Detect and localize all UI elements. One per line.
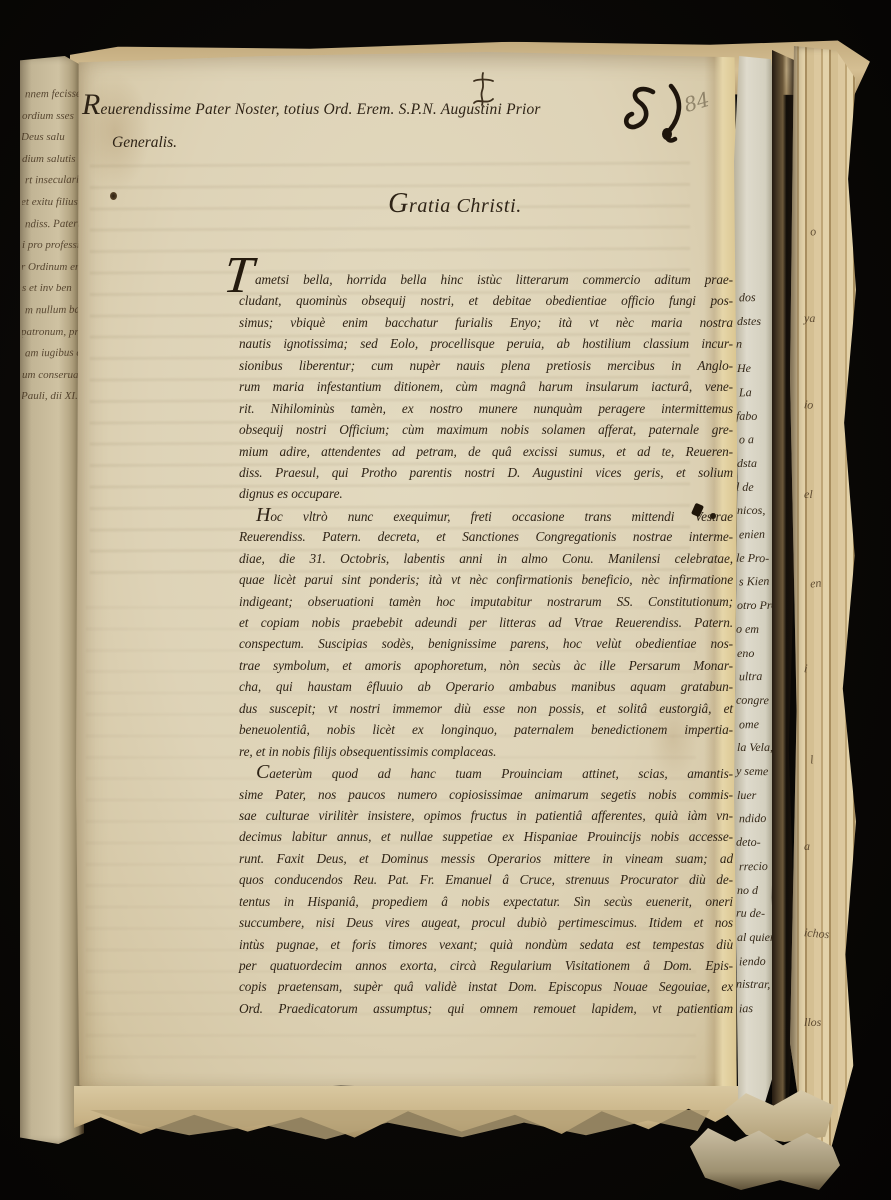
left-fragment: rt inseculari — [25, 170, 82, 192]
torn-bottom-flaps — [90, 1110, 710, 1152]
body-line: re, et in nobis filijs obsequentissimis … — [239, 741, 733, 762]
stack-letter: llos — [804, 978, 848, 1066]
left-fragment: s et inv ben — [22, 278, 82, 300]
right-fragment: fabo — [736, 404, 776, 428]
right-fragment: n — [736, 333, 776, 357]
body-line: diae, die 31. Octobris, labentis anni in… — [239, 548, 733, 569]
body-line: copis praetensam, supèr quâ validè insta… — [239, 976, 733, 997]
right-fragment: luer — [737, 784, 777, 808]
body-line: dignus es occupare. — [239, 483, 733, 504]
stack-scattered-letters: oyaioelenilaichosllos — [804, 186, 848, 1066]
left-fragment: m nullum ba — [25, 300, 82, 322]
body-line: per quatuordecim annos exorta, circà Reg… — [239, 955, 733, 976]
body-line: sime Pater, nos paucos numero copiosissi… — [239, 784, 733, 805]
left-fragment: r Ordinum en — [22, 257, 81, 279]
body-line: cludant, quominùs obsequij nostri, et de… — [239, 290, 733, 311]
body-line: trae symbolum, et amoris apophoretum, nò… — [239, 655, 733, 676]
protruding-page-text-fragments: dosdstesnHeLafaboo adstal denicos,enienl… — [737, 286, 777, 1021]
body-text: ametsi bella, horrida bella hinc istùc l… — [239, 269, 733, 1019]
left-fragment: ndiss. Patern — [25, 213, 82, 235]
body-line: sionibus liberentur; cum nupèr nauis ple… — [239, 355, 733, 376]
body-line: diss. Praesul, qui Protho parentis nostr… — [239, 462, 733, 483]
left-fragment: patronum, pra — [22, 322, 81, 344]
left-fragment: et exitu filius — [22, 192, 81, 214]
body-line: nautis ignotissima; sed Eolo, procellisq… — [239, 333, 733, 354]
body-line: succumbere, nisi Deus vires augeat, proc… — [239, 912, 733, 933]
body-line: rum maria infestantium ditionem, cùm mag… — [239, 376, 733, 397]
body-line: obsequij nostri Officium; cùm maximum no… — [239, 419, 733, 440]
stack-letter: i — [800, 624, 852, 716]
previous-page-text-fragments: nnem fecisseordium ssesDeus saludium sal… — [22, 84, 82, 424]
stack-letter: ichos — [800, 888, 852, 980]
body-line: simus; vbiquè enim bacchatur furialis En… — [239, 312, 733, 333]
manuscript-page: 84 Reuerendissime Pater Noster, totius O… — [76, 52, 738, 1094]
right-fragment: ru de- — [736, 902, 776, 926]
right-fragment: o em — [736, 617, 776, 641]
salutation-line-2: Generalis. — [112, 134, 177, 152]
body-line: Reuerendiss. Patern. decreta, et Sanctio… — [239, 526, 733, 547]
body-line: Hoc vltrò nunc exequimur, freti occasion… — [239, 505, 733, 526]
left-fragment: nnem fecisse — [25, 84, 82, 106]
right-fragment: otro Pro — [737, 594, 777, 618]
body-line: intùs pugnae, et foris timores vexant; q… — [239, 934, 733, 955]
body-line: conspectum. Suscipias sodès, benignissim… — [239, 633, 733, 654]
body-line: indigeant; obseruationi tamèn hoc imputa… — [239, 591, 733, 612]
right-fragment: y seme — [736, 760, 776, 784]
body-line: quos conducendos Reu. Pat. Fr. Emanuel â… — [239, 869, 733, 890]
body-line: cha, qui haustam êfluuio ab Operario amb… — [239, 676, 733, 697]
right-fragment: le Pro- — [736, 546, 776, 570]
ragged-page-stack: oyaioelenilaichosllos — [790, 46, 856, 1154]
right-fragment: eno — [737, 642, 777, 666]
left-fragment: Deus salu — [22, 127, 81, 149]
stack-letter: el — [804, 450, 848, 538]
right-fragment: nicos, — [737, 499, 777, 523]
stack-letter: l — [805, 711, 858, 803]
left-fragment: am iugibus a — [25, 343, 82, 365]
body-line: beneuolentiâ, nobis licèt ex longinquo, … — [239, 719, 733, 740]
stack-letter: ya — [804, 274, 848, 362]
body-line: Ord. Praedicatorum assumptus; qui omnem … — [239, 998, 733, 1019]
body-line: dus suscepit; vt nostri immemor diù esse… — [239, 698, 733, 719]
right-fragment: deto- — [736, 831, 776, 855]
left-fragment: Pauli, dii XI. — [22, 386, 81, 408]
body-line: quae licèt parui sint ponderis; ità vt n… — [239, 569, 733, 590]
right-fragment: la Vela, — [737, 736, 777, 760]
right-fragment: al quien — [737, 926, 777, 950]
right-fragment: congre — [736, 689, 776, 713]
left-fragment: ordium sses — [22, 106, 82, 128]
left-fragment: um conseruat — [22, 365, 82, 387]
letter-heading: Gratia Christi. — [76, 188, 738, 220]
body-line: Caeterùm quod ad hanc tuam Prouinciam at… — [239, 762, 733, 783]
body-line: runt. Faxit Deus, et Dominus messis Oper… — [239, 848, 733, 869]
right-fragment: no d — [737, 879, 777, 903]
salutation-line: Reuerendissime Pater Noster, totius Ord.… — [82, 100, 672, 119]
ink-blot-dot — [710, 513, 716, 519]
stack-letter: a — [804, 802, 848, 890]
right-fragment: nistrar, — [736, 973, 776, 997]
right-fragment: l de — [736, 475, 776, 499]
stack-letter: o — [805, 183, 858, 275]
body-line: ametsi bella, horrida bella hinc istùc l… — [239, 269, 733, 290]
body-line: et copiam nobis praebebit adeundi per li… — [239, 612, 733, 633]
left-fragment: dium salutis — [22, 149, 82, 171]
previous-page-edge: nnem fecisseordium ssesDeus saludium sal… — [20, 56, 84, 1144]
right-fragment: dsta — [737, 452, 777, 476]
right-fragment: He — [737, 357, 777, 381]
right-fragment: dstes — [737, 310, 777, 334]
body-line: sae culturae virilitèr insistere, opimos… — [239, 805, 733, 826]
body-line: mium adire, attendentes ad petram, de qu… — [239, 441, 733, 462]
stack-letter: en — [805, 535, 858, 627]
left-fragment: i pro professi — [22, 235, 82, 257]
body-line: tentus in Hispaniâ, propediem â nobis ex… — [239, 891, 733, 912]
stack-letter: io — [800, 360, 852, 452]
photo-background: nnem fecisseordium ssesDeus saludium sal… — [0, 0, 891, 1200]
protruding-page-edge: dosdstesnHeLafaboo adstal denicos,enienl… — [734, 56, 776, 1108]
body-line: decimus labitur annus, et nullae suppeti… — [239, 826, 733, 847]
body-line: rit. Nihilominùs tamèn, ex nostro munere… — [239, 398, 733, 419]
